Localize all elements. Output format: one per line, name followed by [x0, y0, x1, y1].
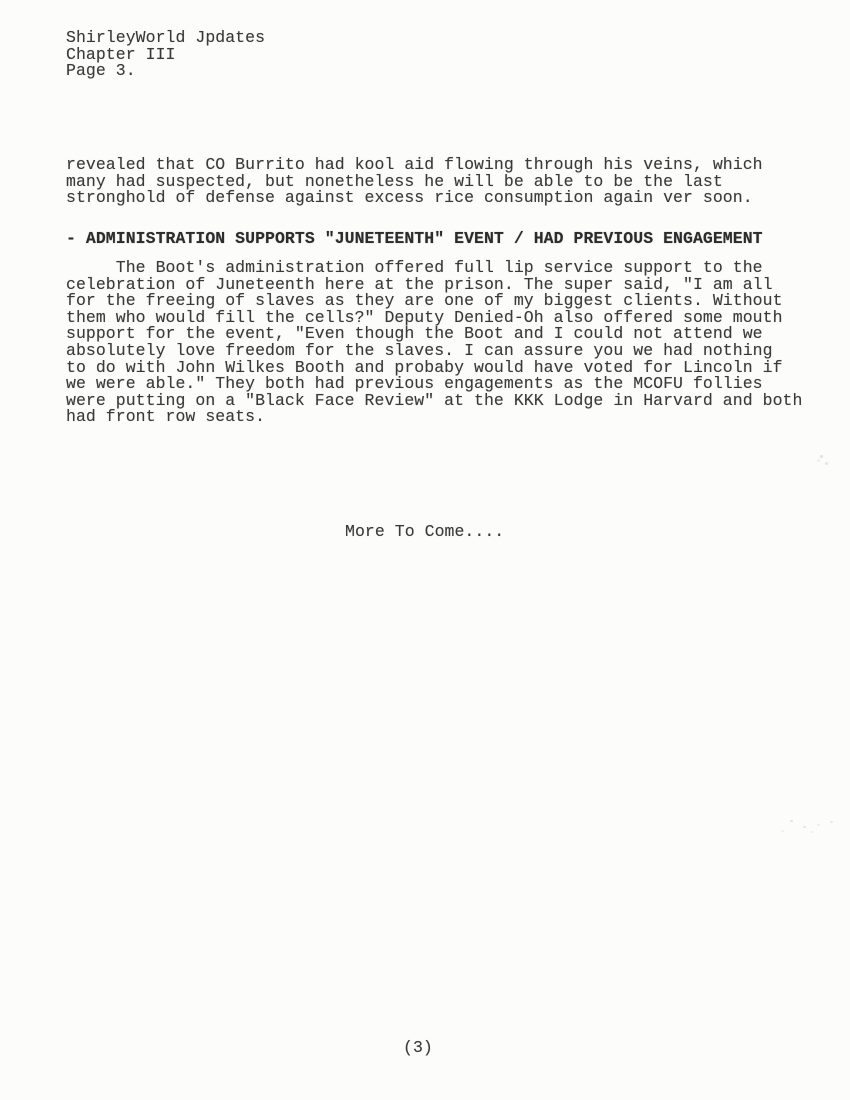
scan-smudge: [820, 455, 823, 458]
section-heading: - ADMINISTRATION SUPPORTS "JUNETEENTH" E…: [66, 231, 763, 248]
paragraph-juneteenth: The Boot's administration offered full l…: [66, 260, 802, 426]
document-header: ShirleyWorld Jpdates Chapter III Page 3.: [66, 30, 265, 80]
paragraph-continuation: revealed that CO Burrito had kool aid fl…: [66, 157, 763, 207]
scanned-document-page: ShirleyWorld Jpdates Chapter III Page 3.…: [0, 0, 850, 1100]
page-number: (3): [403, 1040, 433, 1057]
scan-smudge: [790, 820, 793, 822]
more-to-come-note: More To Come....: [345, 524, 504, 541]
